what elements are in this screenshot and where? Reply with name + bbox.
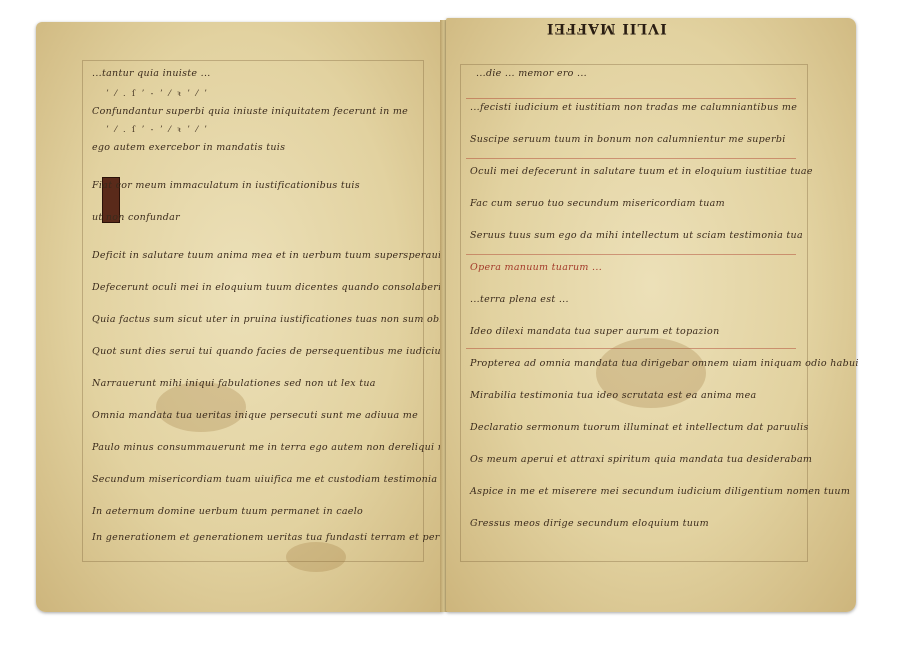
text-frame [82, 60, 424, 562]
text-line: ego autem exercebor in mandatis tuis [92, 142, 285, 153]
text-line: Aspice in me et miserere mei secundum iu… [470, 486, 850, 497]
text-line: ...die ... memor ero ... [476, 68, 587, 79]
stain [156, 382, 246, 432]
red-staff-line [466, 158, 796, 159]
text-line: Oculi mei defecerunt in salutare tuum et… [470, 166, 813, 177]
text-line: Opera manuum tuarum ... [470, 262, 602, 273]
text-line: Propterea ad omnia mandata tua dirigebar… [470, 358, 859, 369]
red-staff-line [466, 98, 796, 99]
text-line: Narrauerunt mihi iniqui fabulationes sed… [92, 378, 376, 389]
neumes: ʼ ⁄ . ſ ʼ - ʼ ⁄ ꝛ ʼ ⁄ ʼ [106, 88, 209, 99]
text-line: Confundantur superbi quia iniuste iniqui… [92, 106, 408, 117]
text-line: Quia factus sum sicut uter in pruina ius… [92, 314, 462, 325]
text-line: Deficit in salutare tuum anima mea et in… [92, 250, 441, 261]
inverted-header: IVLII MAFFEI [546, 20, 667, 36]
text-line: Fac cum seruo tuo secundum misericordiam… [470, 198, 725, 209]
text-line: ut non confundar [92, 212, 180, 223]
text-line: ...fecisti iudicium et iustitiam non tra… [470, 102, 797, 113]
red-staff-line [466, 254, 796, 255]
text-line: Quot sunt dies serui tui quando facies d… [92, 346, 450, 357]
text-line: Suscipe seruum tuum in bonum non calumni… [470, 134, 786, 145]
stain [286, 542, 346, 572]
text-line: ...tantur quia inuiste ... [92, 68, 211, 79]
text-line: Gressus meos dirige secundum eloquium tu… [470, 518, 709, 529]
text-line: Ideo dilexi mandata tua super aurum et t… [470, 326, 720, 337]
text-line: ...terra plena est ... [470, 294, 569, 305]
text-line: In generationem et generationem ueritas … [92, 532, 471, 543]
right-folio: IVLII MAFFEI ...die ... memor ero ... ..… [446, 18, 856, 612]
text-line: Secundum misericordiam tuam uiuifica me … [92, 474, 477, 485]
text-line: Fiat cor meum immaculatum in iustificati… [92, 180, 360, 191]
neumes: ʼ ⁄ . ſ ʼ - ʼ ⁄ ꝛ ʼ ⁄ ʼ [106, 124, 209, 135]
text-line: Defecerunt oculi mei in eloquium tuum di… [92, 282, 465, 293]
text-line: Seruus tuus sum ego da mihi intellectum … [470, 230, 803, 241]
text-line: In aeternum domine uerbum tuum permanet … [92, 506, 363, 517]
text-line: Declaratio sermonum tuorum illuminat et … [470, 422, 809, 433]
text-line: Os meum aperui et attraxi spiritum quia … [470, 454, 812, 465]
text-line: Mirabilia testimonia tua ideo scrutata e… [470, 390, 756, 401]
left-folio: ...tantur quia inuiste ... ʼ ⁄ . ſ ʼ - ʼ… [36, 22, 444, 612]
text-line: Omnia mandata tua ueritas inique persecu… [92, 410, 418, 421]
